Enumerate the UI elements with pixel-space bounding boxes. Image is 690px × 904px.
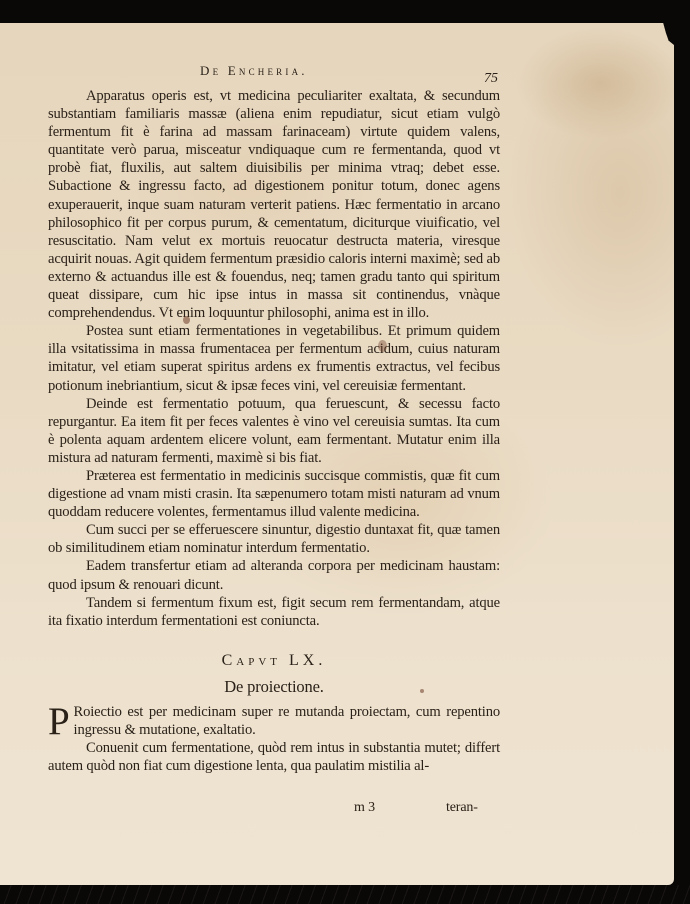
footer-line: m 3 teran- bbox=[48, 799, 500, 817]
scanned-page-image: De Encheria. 75 Apparatus operis est, vt… bbox=[0, 0, 690, 904]
paragraph-text: Roiectio est per medicinam super re muta… bbox=[74, 704, 500, 738]
paragraph: Apparatus operis est, vt medicina peculi… bbox=[48, 87, 500, 322]
chapter-title: Capvt LX. bbox=[48, 652, 500, 670]
ink-stain bbox=[378, 340, 387, 352]
paragraph: Cum succi per se efferuescere sinuntur, … bbox=[48, 521, 500, 557]
page-number: 75 bbox=[484, 71, 498, 87]
signature-mark: m 3 bbox=[354, 799, 375, 817]
paragraph: Conuenit cum fermentatione, quòd rem int… bbox=[48, 739, 500, 775]
book-page: De Encheria. 75 Apparatus operis est, vt… bbox=[0, 23, 674, 885]
ink-stain bbox=[183, 316, 190, 324]
section-fermentation: Apparatus operis est, vt medicina peculi… bbox=[48, 87, 500, 630]
running-head: De Encheria. bbox=[200, 63, 308, 79]
torn-corner bbox=[656, 23, 674, 45]
paragraph: Postea sunt etiam fermentationes in vege… bbox=[48, 322, 500, 394]
paragraph: Eadem transfertur etiam ad alteranda cor… bbox=[48, 557, 500, 593]
ink-spot bbox=[420, 689, 424, 693]
drop-cap: P bbox=[48, 705, 70, 739]
chapter-subtitle: De proiectione. bbox=[48, 678, 500, 696]
section-projection: PRoiectio est per medicinam super re mut… bbox=[48, 703, 500, 775]
paragraph: Tandem si fermentum fixum est, figit sec… bbox=[48, 594, 500, 630]
paragraph-with-drop-cap: PRoiectio est per medicinam super re mut… bbox=[48, 703, 500, 739]
paragraph: Præterea est fermentatio in medicinis su… bbox=[48, 467, 500, 521]
catchword: teran- bbox=[446, 799, 478, 817]
scan-background-edge bbox=[0, 885, 690, 904]
paragraph: Deinde est fermentatio potuum, qua ferue… bbox=[48, 395, 500, 467]
